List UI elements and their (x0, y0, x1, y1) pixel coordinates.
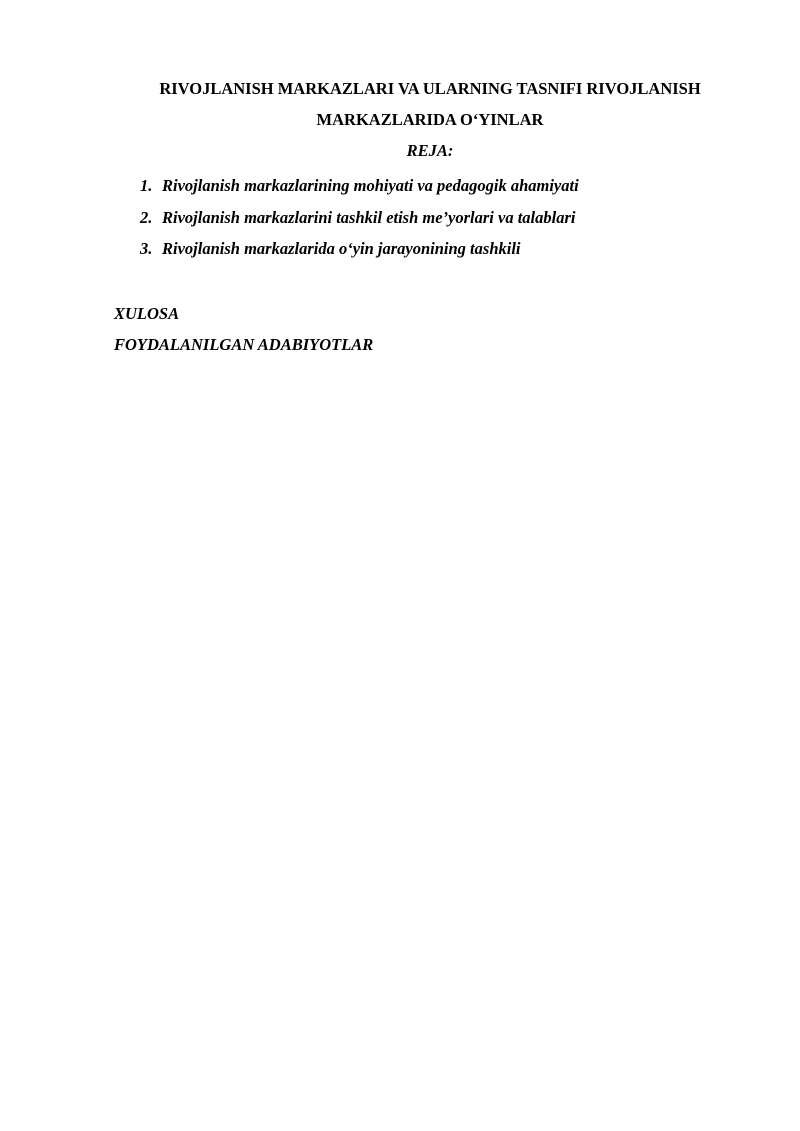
plan-item-number: 2. (140, 202, 162, 234)
plan-item-text: Rivojlanish markazlarini tashkil etish m… (162, 202, 575, 234)
plan-item: 2. Rivojlanish markazlarini tashkil etis… (140, 202, 579, 234)
plan-item-text: Rivojlanish markazlarida o‘yin jarayonin… (162, 233, 521, 265)
plan-list: 1. Rivojlanish markazlarining mohiyati v… (140, 170, 579, 265)
plan-heading: REJA: (110, 135, 750, 166)
plan-item-number: 3. (140, 233, 162, 265)
plan-item-number: 1. (140, 170, 162, 202)
plan-item: 1. Rivojlanish markazlarining mohiyati v… (140, 170, 579, 202)
conclusion-heading: XULOSA (114, 298, 179, 329)
title-line-1: RIVOJLANISH MARKAZLARI VA ULARNING TASNI… (159, 79, 700, 98)
plan-item-text: Rivojlanish markazlarining mohiyati va p… (162, 170, 579, 202)
references-heading: FOYDALANILGAN ADABIYOTLAR (114, 329, 373, 360)
document-page: RIVOJLANISH MARKAZLARI VA ULARNING TASNI… (0, 0, 800, 1131)
document-title: RIVOJLANISH MARKAZLARI VA ULARNING TASNI… (110, 73, 750, 135)
plan-item: 3. Rivojlanish markazlarida o‘yin jarayo… (140, 233, 579, 265)
title-line-2: MARKAZLARIDA O‘YINLAR (317, 110, 544, 129)
